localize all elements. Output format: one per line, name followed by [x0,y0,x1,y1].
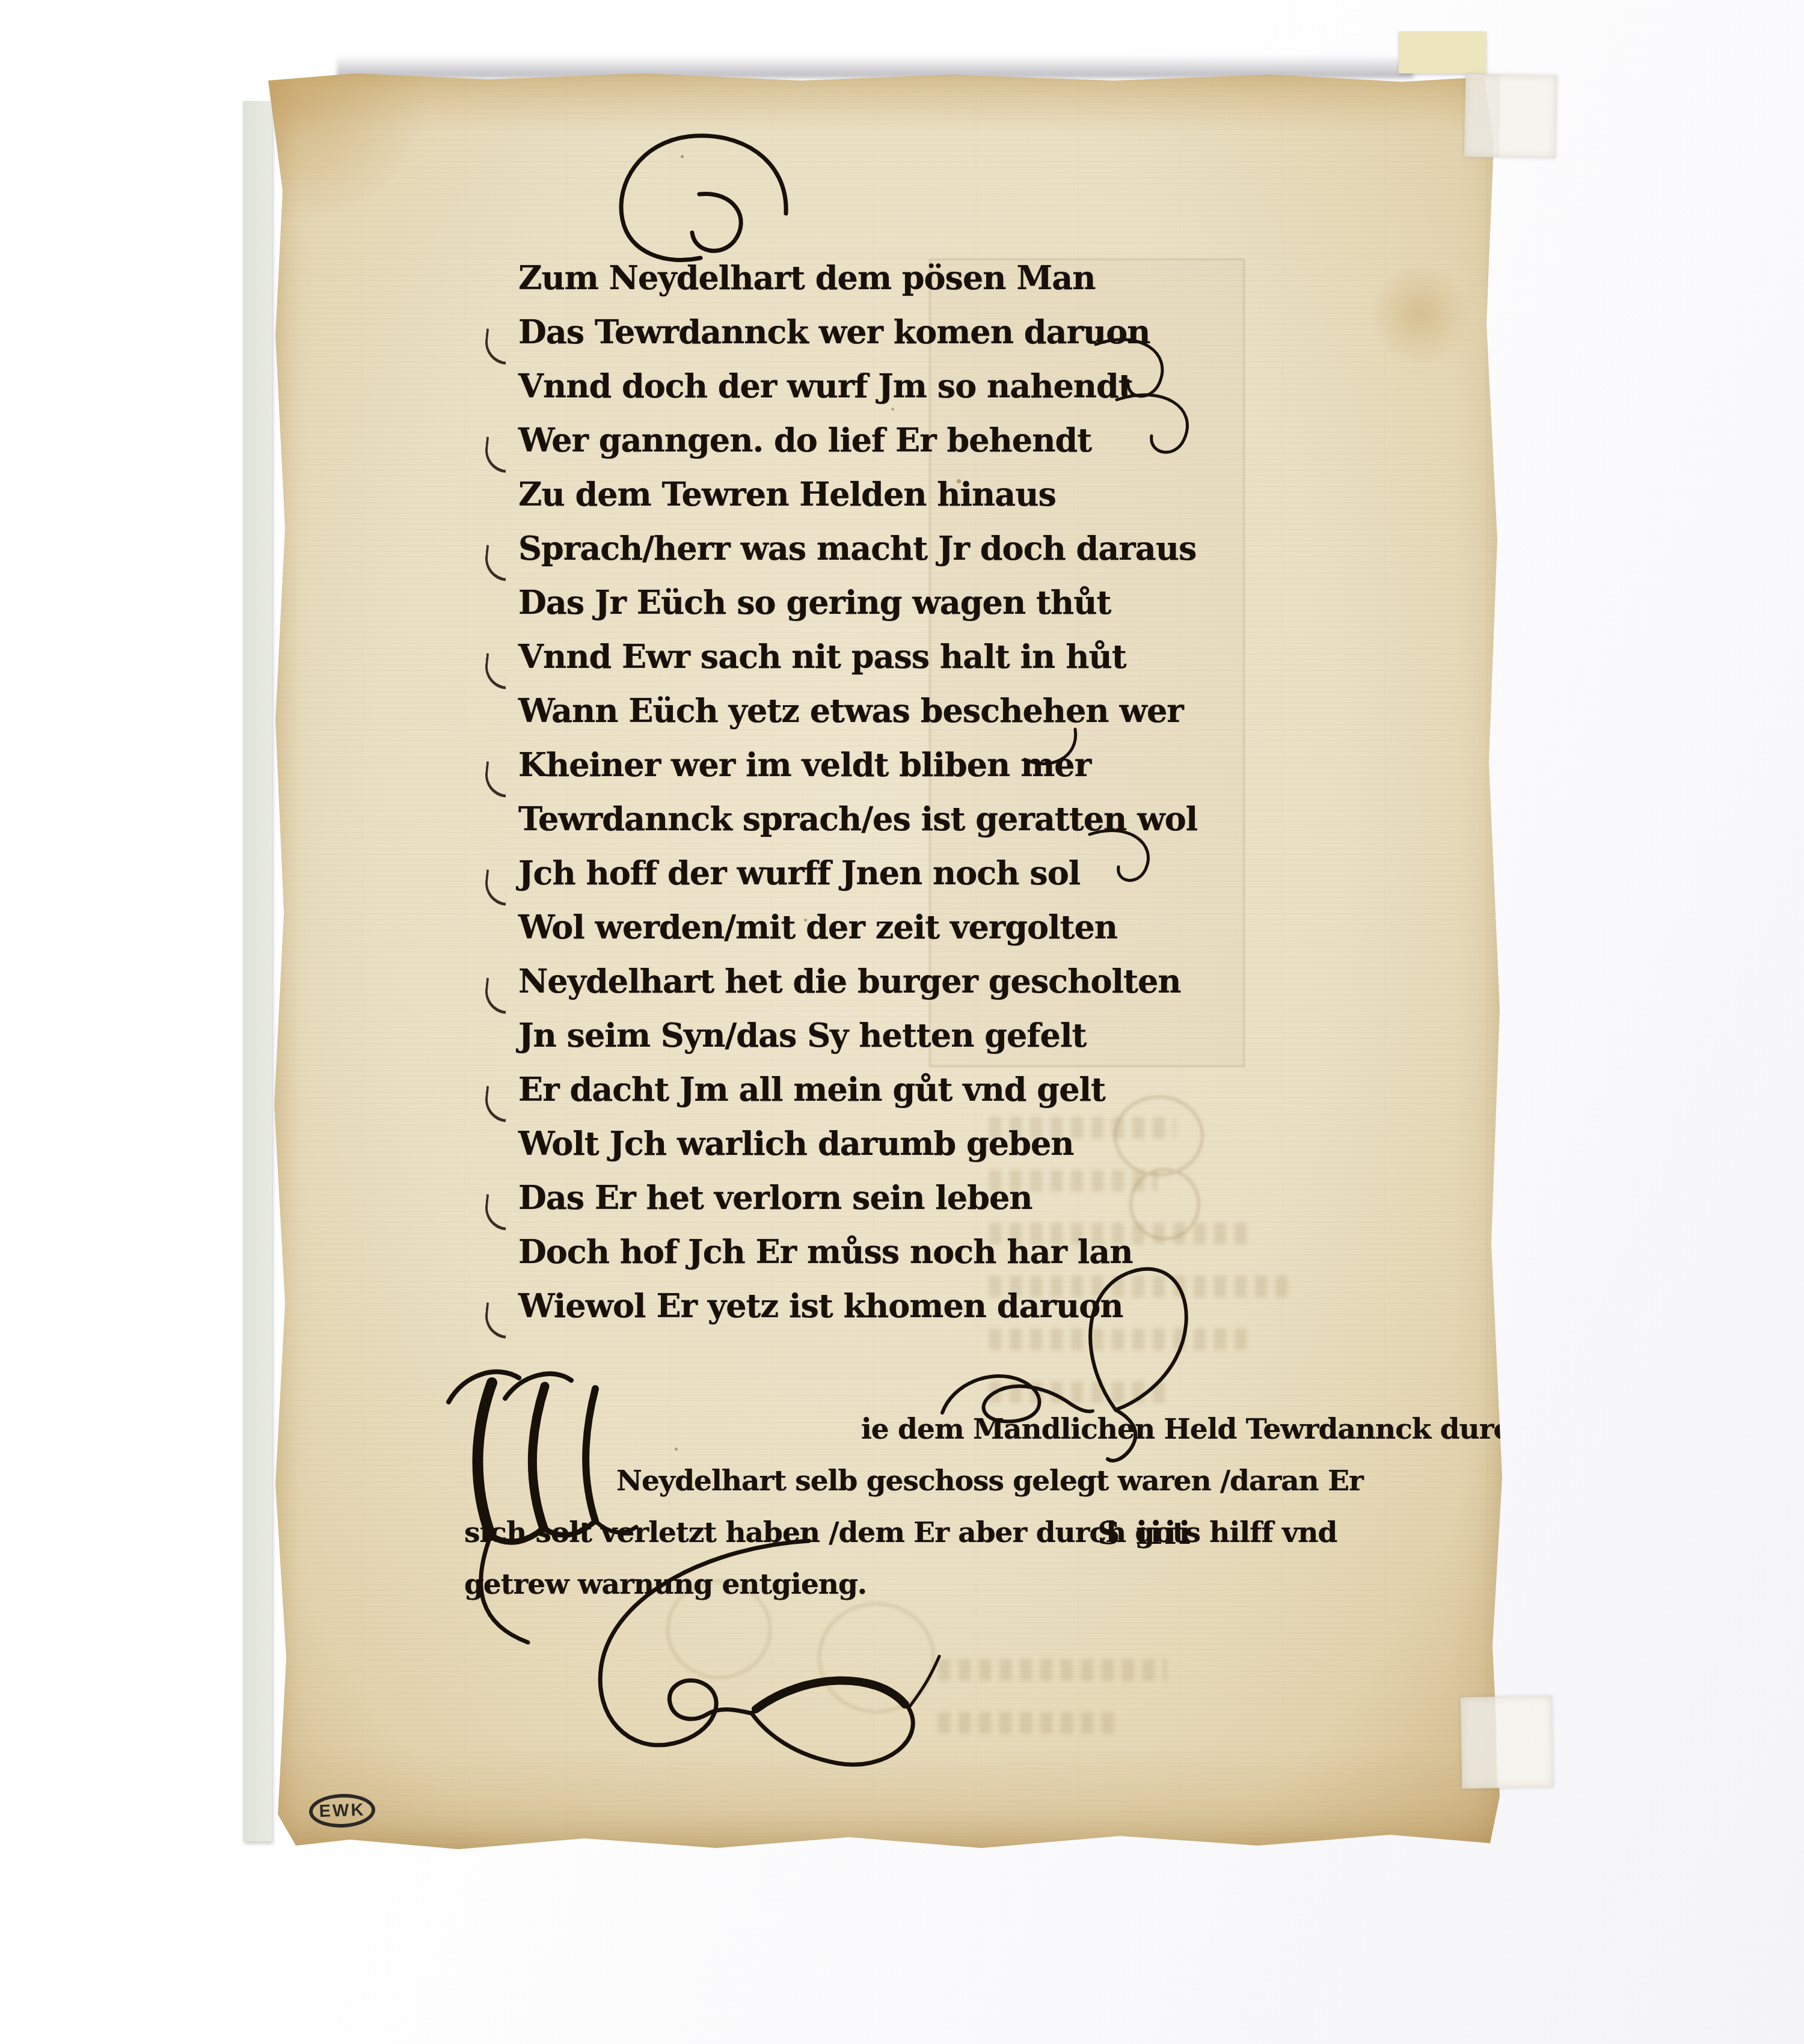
verse-block: Zum Neydelhart dem pösen ManDas Tewrdann… [518,259,1197,1341]
scanned-document-photo: Zum Neydelhart dem pösen ManDas Tewrdann… [0,0,1804,2044]
book-leaf: Zum Neydelhart dem pösen ManDas Tewrdann… [260,71,1508,1850]
colophon-line: sich solt verletzt haben /dem Er aber du… [464,1516,1337,1549]
verse-line: Vnnd Ewr sach nit pass halt in hůt [518,637,1197,691]
backing-sheet-corner [1399,31,1486,73]
verse-line: Zum Neydelhart dem pösen Man [518,259,1197,313]
verse-line: Jn seim Syn/das Sy hetten gefelt [518,1016,1197,1070]
top-spiral-flourish [610,123,797,268]
collector-stamp-label: EWK [319,1800,366,1822]
tape-repair-top [1464,74,1557,159]
backing-sheet-left-edge [243,101,272,1841]
verse-line: Kheiner wer im veldt bliben mer [518,745,1197,800]
verse-line: Er dacht Jm all mein gůt vnd gelt [518,1070,1197,1124]
gathering-signature-mark: S iiii [1097,1515,1193,1552]
tape-repair-bottom [1461,1696,1554,1789]
verse-line: Das Er het verlorn sein leben [518,1178,1197,1232]
verse-line: Neydelhart het die burger gescholten [518,962,1197,1016]
colophon-line: ie dem Mandlichen Held Tewrdannck durch … [861,1413,1596,1446]
verse-line: Jch hoff der wurff Jnen noch sol [518,854,1197,908]
verse-line: Tewrdannck sprach/es ist geratten wol [518,800,1197,854]
verse-line: Wann Eüch yetz etwas beschehen wer [518,691,1197,745]
verse-line: Das Tewrdannck wer komen daruon [518,313,1197,367]
verse-line: Das Jr Eüch so gering wagen thůt [518,583,1197,637]
scan-shadow [337,55,1413,78]
colophon-line: getrew warnung entgieng. [464,1568,867,1601]
verse-line: Wer ganngen. do lief Er behendt [518,421,1197,475]
verse-line: Wol werden/mit der zeit vergolten [518,908,1197,962]
verse-line: Wolt Jch warlich darumb geben [518,1124,1197,1178]
verse-line: Doch hof Jch Er můss noch har lan [518,1232,1197,1287]
verse-line: Vnnd doch der wurf Jm so nahendt [518,367,1197,421]
colophon-line: Neydelhart selb geschoss gelegt waren /d… [616,1464,1363,1498]
verse-line: Zu dem Tewren Helden hinaus [518,475,1197,529]
verse-line: Sprach/herr was macht Jr doch daraus [518,529,1197,583]
verse-line: Wiewol Er yetz ist khomen daruon [518,1287,1197,1341]
